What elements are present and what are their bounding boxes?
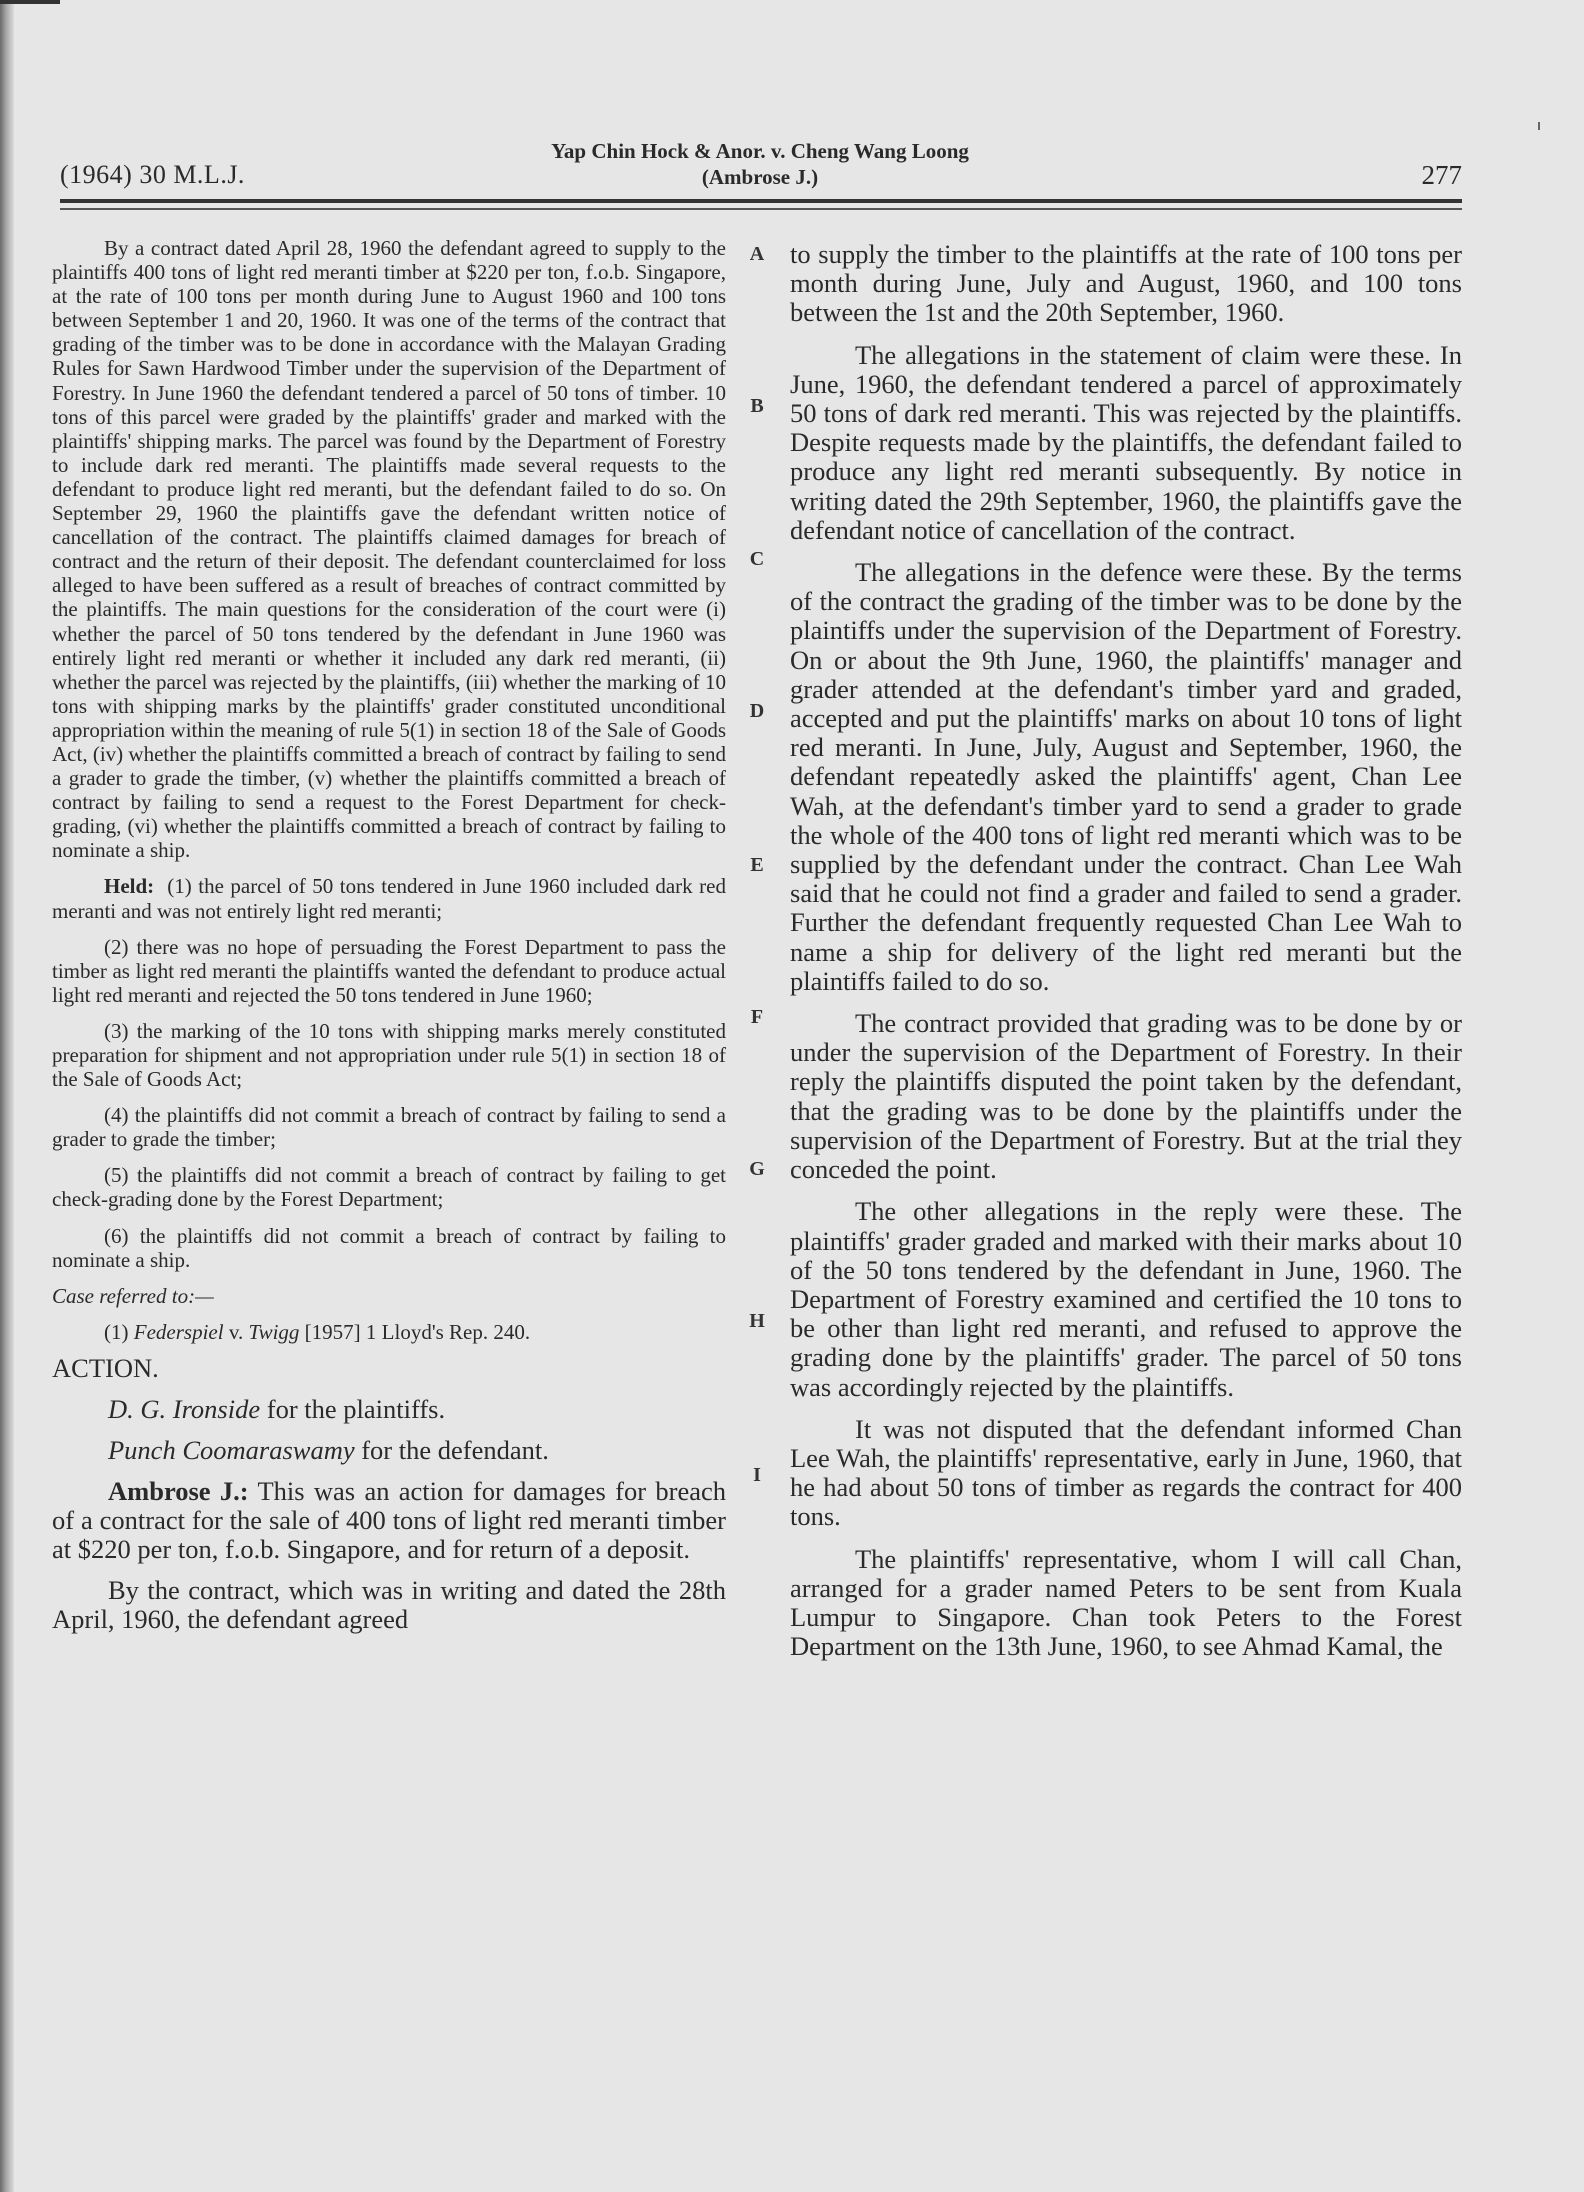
judgment-paragraph: By the contract, which was in writing an… (52, 1576, 726, 1634)
scan-page-edge (0, 0, 14, 2192)
case-title-judge: (Ambrose J.) (480, 164, 1040, 190)
judgment-paragraph: The contract provided that grading was t… (790, 1009, 1462, 1184)
judgment-paragraph: The plaintiffs' representative, whom I w… (790, 1545, 1462, 1662)
margin-letter: B (747, 395, 767, 418)
case-versus: v. (224, 1320, 249, 1344)
counsel-role: for the defendant. (355, 1435, 549, 1465)
action-heading: ACTION. (52, 1354, 726, 1383)
judgment-paragraph: It was not disputed that the defendant i… (790, 1415, 1462, 1532)
journal-citation: (1964) 30 M.L.J. (60, 160, 245, 190)
case-party: Twigg (248, 1320, 299, 1344)
case-number: (1) (104, 1320, 129, 1344)
margin-letter: C (747, 548, 767, 571)
held-item: Held: (1) the parcel of 50 tons tendered… (52, 874, 726, 922)
left-column: By a contract dated April 28, 1960 the d… (52, 236, 726, 1634)
held-item: (6) the plaintiffs did not commit a brea… (52, 1224, 726, 1272)
right-column: to supply the timber to the plaintiffs a… (790, 240, 1462, 1661)
headnote-summary: By a contract dated April 28, 1960 the d… (52, 236, 726, 862)
margin-letter: A (747, 243, 767, 266)
judgment-paragraph: to supply the timber to the plaintiffs a… (790, 240, 1462, 328)
judge-label: Ambrose J.: (108, 1476, 249, 1506)
page-number: 277 (1422, 160, 1463, 191)
counsel-line: Punch Coomaraswamy for the defendant. (52, 1436, 726, 1465)
judgment-paragraph: The other allegations in the reply were … (790, 1197, 1462, 1401)
case-party: Federspiel (134, 1320, 224, 1344)
margin-letter: F (747, 1006, 767, 1029)
case-citation: [1957] 1 Lloyd's Rep. 240. (299, 1320, 530, 1344)
held-item: (2) there was no hope of persuading the … (52, 935, 726, 1007)
held-item: (4) the plaintiffs did not commit a brea… (52, 1103, 726, 1151)
running-header: (1964) 30 M.L.J. Yap Chin Hock & Anor. v… (60, 138, 1462, 198)
counsel-name: D. G. Ironside (108, 1394, 260, 1424)
header-rule-thick (60, 199, 1462, 203)
margin-letter: D (747, 700, 767, 723)
held-item: (3) the marking of the 10 tons with ship… (52, 1019, 726, 1091)
case-title: Yap Chin Hock & Anor. v. Cheng Wang Loon… (480, 138, 1040, 190)
held-item: (5) the plaintiffs did not commit a brea… (52, 1163, 726, 1211)
held-item-text: (1) the parcel of 50 tons tendered in Ju… (52, 874, 726, 922)
cases-referred-label: Case referred to:— (52, 1284, 726, 1308)
case-title-parties: Yap Chin Hock & Anor. v. Cheng Wang Loon… (480, 138, 1040, 164)
scan-corner-mark (0, 0, 60, 4)
counsel-role: for the plaintiffs. (260, 1394, 445, 1424)
margin-letter: H (747, 1310, 767, 1333)
counsel-line: D. G. Ironside for the plaintiffs. (52, 1395, 726, 1424)
held-label: Held: (104, 874, 154, 898)
judgment-paragraph: Ambrose J.: This was an action for damag… (52, 1477, 726, 1564)
margin-letter: E (747, 854, 767, 877)
case-referred: (1) Federspiel v. Twigg [1957] 1 Lloyd's… (52, 1320, 726, 1344)
judgment-paragraph: The allegations in the defence were thes… (790, 558, 1462, 996)
judgment-paragraph: The allegations in the statement of clai… (790, 341, 1462, 545)
margin-letter: I (747, 1464, 767, 1487)
counsel-name: Punch Coomaraswamy (108, 1435, 355, 1465)
header-rule-thin (60, 208, 1462, 210)
margin-letter: G (747, 1158, 767, 1181)
judgment-start: ACTION. D. G. Ironside for the plaintiff… (52, 1354, 726, 1634)
scan-speck (1538, 122, 1540, 130)
